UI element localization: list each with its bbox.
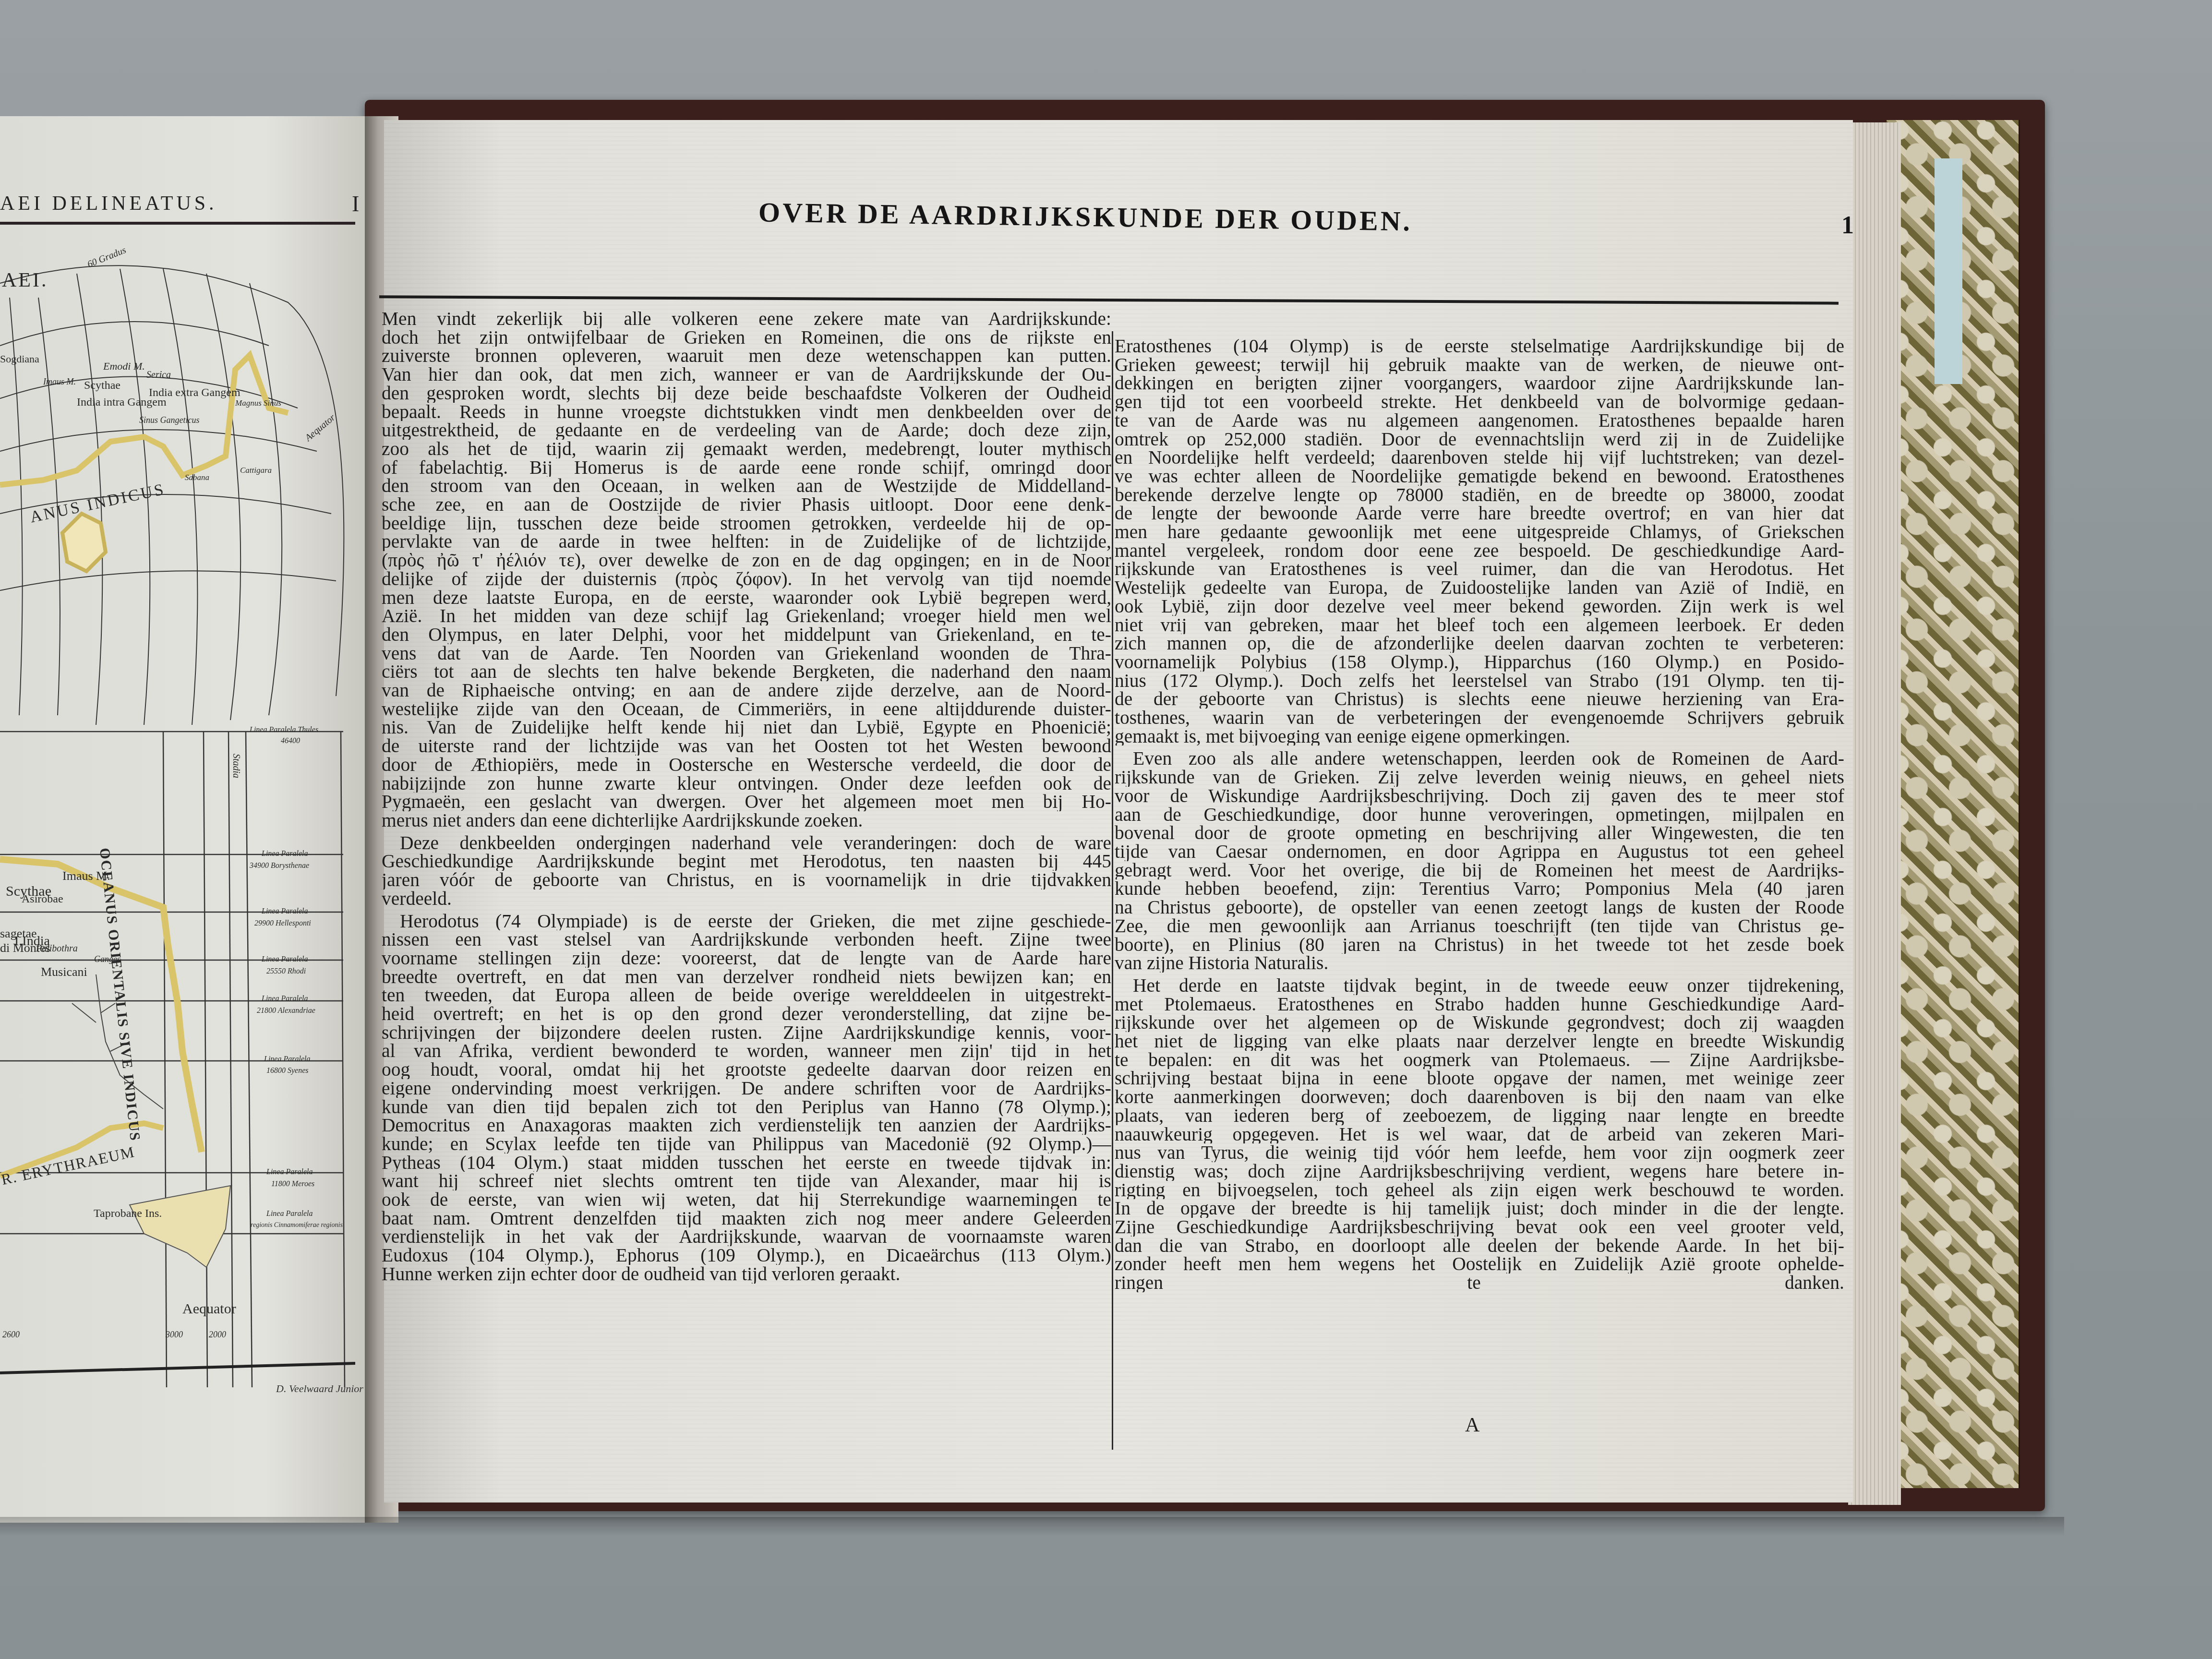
parallel-syenes-value: 16800 Syenes xyxy=(266,1067,309,1075)
parallel-meroes-label: Linea Paralela xyxy=(266,1168,313,1177)
text-line: Van hier dan ook, dat men zich, wanneer … xyxy=(382,365,1111,384)
scale-mark-3000: 3000 xyxy=(166,1330,183,1340)
map-label-emodi-m: Emodi M. xyxy=(103,360,145,373)
right-page-number: 1 xyxy=(1841,211,1854,240)
text-line: Eudoxus (104 Olymp.), Ephorus (109 Olymp… xyxy=(382,1246,1111,1265)
text-line: dan die van Strabo, en doorloopt alle de… xyxy=(1115,1237,1844,1255)
text-line: Zee, die men gewoonlijk aan Arrianus toe… xyxy=(1115,917,1844,936)
text-line: Westelijk gedeelte van Europa, de Zuidoo… xyxy=(1115,578,1844,597)
text-line: bepaalt. Reeds in hunne vroegste dichtst… xyxy=(382,403,1111,421)
text-line: nus van Tyrus, die weinig tijd vóór hem … xyxy=(1115,1143,1844,1162)
text-line: ook de eerste, van wien wij weten, dat h… xyxy=(382,1190,1111,1209)
text-column-left: Men vindt zekerlijk bij alle volkeren ee… xyxy=(382,310,1111,1284)
left-header-rule xyxy=(0,222,355,225)
text-line: te bepalen: en dit was het oogmerk van P… xyxy=(1115,1051,1844,1070)
column-divider xyxy=(1112,331,1113,1450)
map-label-palibothra: Palibothra xyxy=(36,943,78,954)
text-line: te van de Aarde was nu algemeen aangenom… xyxy=(1115,411,1844,430)
text-line: Hunne werken zijn echter door de oudheid… xyxy=(382,1265,1111,1284)
left-page-number: I xyxy=(352,191,359,216)
text-line: jaren vóór de geboorte van Christus, en … xyxy=(382,871,1111,890)
text-line: gebragt werd. Voor het overige, die bij … xyxy=(1115,861,1844,880)
text-line: doch het zijn ontwijfelbaar de Grieken e… xyxy=(382,328,1111,347)
map-label-sogdiana: Sogdiana xyxy=(0,353,39,365)
scale-mark-2600: 2600 xyxy=(2,1330,20,1340)
text-line: men hare gedaante gewoonlijk met eene ui… xyxy=(1115,523,1844,541)
text-line: mantel vergeleek, rondom door eene zee b… xyxy=(1115,541,1844,560)
text-line: Deze denkbeelden ondergingen naderhand v… xyxy=(382,834,1111,853)
text-line: door de Æthiopiërs, mede in Oostersche e… xyxy=(382,756,1111,774)
text-line: (πρὸς ἠῶ τ' ἠέλιόν τε), over dewelke de … xyxy=(382,551,1111,570)
text-line: verdienstelijk in het vak der Aardrijksk… xyxy=(382,1227,1111,1246)
text-line: nis. Van de Zuidelijke helft kende hij n… xyxy=(382,718,1111,737)
text-line: In de opgave der breedte is hij tamelijk… xyxy=(1115,1199,1844,1218)
text-line: eigene ondervinding moest verkrijgen. De… xyxy=(382,1079,1111,1098)
text-line: nabijzijnde zon hunne zwarte kleur ontvi… xyxy=(382,774,1111,793)
text-line: zuiverste bronnen opleveren, waaruit men… xyxy=(382,347,1111,365)
text-line: den gesproken wordt, slechts bij deze be… xyxy=(382,384,1111,403)
text-line: Pytheas (104 Olym.) staat midden tussche… xyxy=(382,1154,1111,1172)
text-line: dekkingen en berigten zijner voorgangers… xyxy=(1115,374,1844,393)
page-edges xyxy=(1848,122,1901,1505)
parallel-syenes-label: Linea Paralela xyxy=(264,1055,310,1064)
text-line: bovenal door de groote opmeting en besch… xyxy=(1115,824,1844,842)
text-line: breedte overtreft, en dat men van derzel… xyxy=(382,968,1111,986)
text-line: Democritus en Anaxagoras maakten zich ve… xyxy=(382,1116,1111,1135)
text-line: tijde van Caesar ondernomen, en door Agr… xyxy=(1115,842,1844,861)
text-line: ook Lybië, zijn door dezelve veel meer b… xyxy=(1115,597,1844,616)
left-running-head: AEI DELINEATUS. xyxy=(0,192,217,215)
text-line: zoo als het de tijd, waarin zij gemaakt … xyxy=(382,440,1111,458)
text-line: schrijving bestaat bijna in eene bloote … xyxy=(1115,1069,1844,1088)
text-line: vens dat van de Aarde. Ten Noorden van G… xyxy=(382,644,1111,663)
parallel-rhodi-value: 25550 Rhodi xyxy=(266,967,306,976)
text-line: naauwkeurig opgegeven. Het is wel waar, … xyxy=(1115,1125,1844,1144)
map-label-sinus-gangeticus: Sinus Gangeticus xyxy=(139,415,200,425)
text-line: al van Afrika, verdient bewonderd te wor… xyxy=(382,1042,1111,1060)
text-line: en Noordelijke helft verdeeld; daarenbov… xyxy=(1115,448,1844,467)
text-line: ciërs tot aan de slechts ten halve beken… xyxy=(382,662,1111,681)
text-line: heid overtreft; en het is op den grond d… xyxy=(382,1005,1111,1023)
text-line: tosthenes, waarin van de verbeteringen d… xyxy=(1115,709,1844,727)
text-line: schrijvingen der bijzondere deelen ruste… xyxy=(382,1023,1111,1042)
parallel-thules-label: Linea Paralela Thules xyxy=(250,726,318,734)
text-line: voornamelijk Polybius (158 Olymp.), Hipp… xyxy=(1115,653,1844,672)
parallel-borysthenae-label: Linea Paralela xyxy=(262,850,308,858)
text-column-right: Eratosthenes (104 Olymp) is de eerste st… xyxy=(1115,337,1844,1292)
text-line: delijke of zijde der duisternis (πρὸς ζό… xyxy=(382,570,1111,589)
map-label-taprobane: Taprobane Ins. xyxy=(94,1207,151,1220)
text-line: rigting en bijvoegselen, toch geheel als… xyxy=(1115,1181,1844,1200)
parallel-hellesponti-value: 29900 Hellesponti xyxy=(254,919,311,928)
text-line: men deze laatste Europa, en de eerste, w… xyxy=(382,589,1111,607)
text-line: kunde van dien tijd bepalen zich tot den… xyxy=(382,1098,1111,1117)
map-label-aequator-lower: Aequator xyxy=(182,1301,236,1317)
text-line: zich mannen op, die de afzonderlijke dee… xyxy=(1115,634,1844,653)
text-line: of fabelachtig. Bij Homerus is de aarde … xyxy=(382,458,1111,477)
text-line: nius (172 Olymp.). Doch zelfs het leerst… xyxy=(1115,672,1844,690)
text-line: rijkskunde van Eratosthenes is veel ruim… xyxy=(1115,560,1844,578)
parallel-thules-value: 46400 xyxy=(281,737,300,745)
text-line: den stroom van den Oceaan, in welken aan… xyxy=(382,477,1111,495)
map-label-india-intra: India intra Gangem xyxy=(77,396,167,409)
text-line: niet vrij van gebreken, maar het bleef t… xyxy=(1115,616,1844,635)
text-line: plaats, van iederen berg of zeeboezem, d… xyxy=(1115,1106,1844,1125)
text-line: ten tweeden, dat Europa alleen de beide … xyxy=(382,986,1111,1005)
text-line: Eratosthenes (104 Olymp) is de eerste st… xyxy=(1115,337,1844,356)
text-line: de lengte der bewoonde Aarde verre hare … xyxy=(1115,504,1844,523)
text-line: ve was echter alleen de Noordelijke gema… xyxy=(1115,467,1844,486)
map-title-fragment: AEI. xyxy=(2,269,48,292)
parallel-rhodi-label: Linea Paralela xyxy=(262,955,308,964)
text-line: boorte), en Plinius (80 jaren na Christu… xyxy=(1115,936,1844,954)
text-line: pervlakte van de aarde in twee helften: … xyxy=(382,532,1111,551)
text-line: Even zoo als alle andere wetenschappen, … xyxy=(1115,749,1844,768)
map-label-scythae-upper: Scythae xyxy=(84,379,120,392)
text-line: gemaakt is, met bijvoeging van eenige ei… xyxy=(1115,727,1844,746)
text-line: baat nam. Omtrent denzelfden tijd maakte… xyxy=(382,1209,1111,1228)
map-label-stadia: Stadia xyxy=(230,754,241,778)
parallel-borysthenae-value: 34900 Borysthenae xyxy=(250,862,309,870)
text-line: westelijke zijde van den Oceaan, de Cimm… xyxy=(382,700,1111,719)
text-line: korte aanmerkingen doorweven; doch daare… xyxy=(1115,1088,1844,1106)
map-label-imaus-upper: Imaus M. xyxy=(43,377,76,387)
text-line: Azië. In het midden van deze schijf lag … xyxy=(382,607,1111,625)
text-line: het niet de ligging van elke plaats naar… xyxy=(1115,1032,1844,1051)
scale-mark-2000: 2000 xyxy=(209,1330,226,1340)
text-line: kunde hebben beoefend, zijn: Terentius V… xyxy=(1115,879,1844,898)
text-line: van de Riphaeische ontving; en aan de an… xyxy=(382,681,1111,700)
page-shadow xyxy=(0,1517,2064,1536)
parallel-alexandriae-value: 21800 Alexandriae xyxy=(257,1007,315,1015)
parallel-meroes-value: 11800 Meroes xyxy=(271,1180,314,1189)
text-line: Men vindt zekerlijk bij alle volkeren ee… xyxy=(382,310,1111,328)
parallel-alexandriae-label: Linea Paralela xyxy=(262,995,308,1003)
text-line: oog houdt, vooral, omdat hij het grootst… xyxy=(382,1060,1111,1079)
text-line: Pygmaeën, een geslacht van dwergen. Over… xyxy=(382,793,1111,811)
bookmark-ribbon[interactable] xyxy=(1935,158,1962,384)
text-line: Het derde en laatste tijdvak begint, in … xyxy=(1115,976,1844,995)
text-line: van zijne Historia Naturalis. xyxy=(1115,954,1844,973)
text-line: omtrek op 252,000 stadiën. Door de evenn… xyxy=(1115,430,1844,449)
text-line: de der geboorte van Christus) is slechts… xyxy=(1115,690,1844,709)
text-line: Grieken geweest; terwijl hij gebruik maa… xyxy=(1115,356,1844,374)
text-line: aan de Geschiedkundige, door hunne verov… xyxy=(1115,805,1844,824)
text-line: den Olympus, en later Delphi, voor het m… xyxy=(382,625,1111,644)
map-label-serica: Serica xyxy=(146,370,171,381)
text-line: ringen te danken. xyxy=(1115,1274,1844,1292)
text-line: rijkskunde over het algemeen op de Wisku… xyxy=(1115,1013,1844,1032)
text-line: Herodotus (74 Olympiade) is de eerste de… xyxy=(382,912,1111,931)
text-line: kunde; en Scylax leefde ten tijde van Ph… xyxy=(382,1135,1111,1154)
text-line: merus niet anders dan eene dichterlijke … xyxy=(382,811,1111,830)
text-line: berekende derzelve lengte op 78000 stadi… xyxy=(1115,486,1844,505)
text-line: want hij schreef niet slechts omtrent te… xyxy=(382,1172,1111,1190)
text-line: Zijne Geschiedkundige Aardrijksbeschrijv… xyxy=(1115,1218,1844,1237)
text-line: met Ptolemaeus. Eratosthenes en Strabo h… xyxy=(1115,995,1844,1014)
parallel-cinnamomifera-value: regionis Cinnamomiferae regionis xyxy=(251,1222,347,1229)
text-line: voor de Wiskundige Aardrijksbeschrijving… xyxy=(1115,787,1844,805)
text-line: dienstig was; doch zijne Aardrijksbeschr… xyxy=(1115,1162,1844,1181)
text-line: na Christus geboorte), de opsteller van … xyxy=(1115,898,1844,917)
text-line: gen tijd tot een voorbeeld strekte. Het … xyxy=(1115,393,1844,411)
text-line: de uiterste rand der lichtzijde was van … xyxy=(382,737,1111,756)
parallel-hellesponti-label: Linea Paralela xyxy=(262,907,308,916)
text-line: beeldige lijn, tusschen deze beide stroo… xyxy=(382,514,1111,533)
map-label-sabana: Sabana xyxy=(185,473,209,482)
text-line: uitgestrektheid, de gedaante en de verde… xyxy=(382,421,1111,440)
text-line: sche zee, en aan de Oostzijde de rivier … xyxy=(382,495,1111,514)
map-label-musicani: Musicani xyxy=(41,965,87,979)
text-line: voorname stellingen zijn deze: vooreerst… xyxy=(382,949,1111,968)
map-label-asirobae: Asirobae xyxy=(22,893,63,906)
map-label-magnus-sinus: Magnus Sinus xyxy=(235,398,281,408)
map-label-cattigara: Cattigara xyxy=(240,466,272,475)
text-line: rijkskunde van de Grieken. Zij zelve lev… xyxy=(1115,768,1844,787)
text-line: Geschiedkundige Aardrijkskunde begint me… xyxy=(382,852,1111,871)
signature-mark: A xyxy=(1465,1414,1479,1437)
text-line: verdeeld. xyxy=(382,890,1111,908)
text-line: zonder heeft men hem wegens het Oostelij… xyxy=(1115,1255,1844,1274)
text-line: nissen een vast stelsel van Aardrijkskun… xyxy=(382,930,1111,949)
parallel-cinnamomifera-label: Linea Paralela xyxy=(266,1210,313,1218)
